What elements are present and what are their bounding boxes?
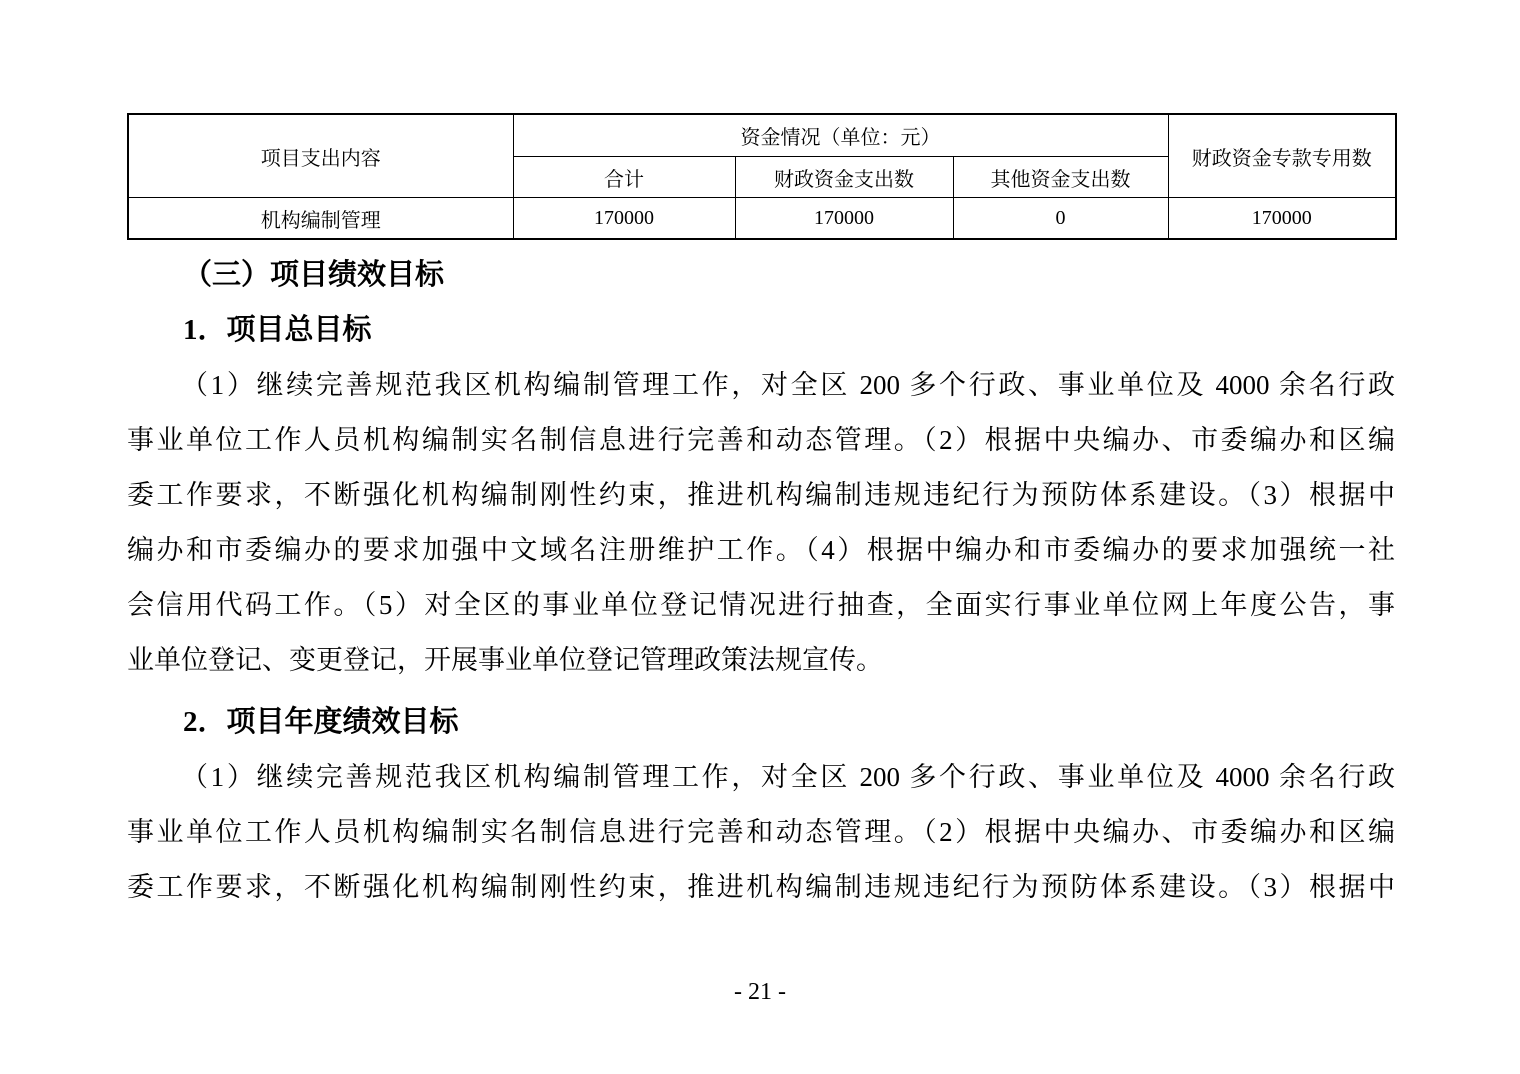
paragraph-line: （1）继续完善规范我区机构编制管理工作，对全区 200 多个行政、事业单位及 4… [127, 358, 1395, 413]
paragraph-line: 事业单位工作人员机构编制实名制信息进行完善和动态管理。（2）根据中央编办、市委编… [127, 805, 1395, 860]
paragraph-line: 编办和市委编办的要求加强中文域名注册维护工作。（4）根据中编办和市委编办的要求加… [127, 523, 1395, 578]
paragraph-2: （1）继续完善规范我区机构编制管理工作，对全区 200 多个行政、事业单位及 4… [127, 750, 1395, 915]
cell-total: 170000 [513, 198, 735, 240]
expenditure-table: 项目支出内容 资金情况（单位：元） 财政资金专款专用数 合计 财政资金支出数 其… [127, 113, 1397, 240]
cell-special: 170000 [1168, 198, 1396, 240]
section-heading: （三）项目绩效目标 [127, 248, 1395, 303]
sub-heading-2: 2．项目年度绩效目标 [127, 695, 1395, 750]
paragraph-line: 会信用代码工作。（5）对全区的事业单位登记情况进行抽查，全面实行事业单位网上年度… [127, 578, 1395, 633]
header-special-fund: 财政资金专款专用数 [1168, 114, 1396, 198]
paragraph-line: （1）继续完善规范我区机构编制管理工作，对全区 200 多个行政、事业单位及 4… [127, 750, 1395, 805]
table-header-row-1: 项目支出内容 资金情况（单位：元） 财政资金专款专用数 [128, 114, 1396, 157]
page-number: - 21 - [0, 965, 1520, 1020]
paragraph-1: （1）继续完善规范我区机构编制管理工作，对全区 200 多个行政、事业单位及 4… [127, 358, 1395, 688]
header-fiscal: 财政资金支出数 [735, 157, 953, 198]
paragraph-line: 业单位登记、变更登记，开展事业单位登记管理政策法规宣传。 [127, 633, 1395, 688]
sub-heading-1: 1．项目总目标 [127, 303, 1395, 358]
paragraph-line: 事业单位工作人员机构编制实名制信息进行完善和动态管理。（2）根据中央编办、市委编… [127, 413, 1395, 468]
page-content: 项目支出内容 资金情况（单位：元） 财政资金专款专用数 合计 财政资金支出数 其… [127, 113, 1395, 915]
header-total: 合计 [513, 157, 735, 198]
table-row: 机构编制管理 170000 170000 0 170000 [128, 198, 1396, 240]
header-other: 其他资金支出数 [953, 157, 1168, 198]
cell-fiscal: 170000 [735, 198, 953, 240]
cell-other: 0 [953, 198, 1168, 240]
document-page: 项目支出内容 资金情况（单位：元） 财政资金专款专用数 合计 财政资金支出数 其… [0, 0, 1520, 1074]
paragraph-line: 委工作要求，不断强化机构编制刚性约束，推进机构编制违规违纪行为预防体系建设。（3… [127, 860, 1395, 915]
header-project-content: 项目支出内容 [128, 114, 513, 198]
paragraph-line: 委工作要求，不断强化机构编制刚性约束，推进机构编制违规违纪行为预防体系建设。（3… [127, 468, 1395, 523]
header-fund-group: 资金情况（单位：元） [513, 114, 1168, 157]
cell-project-content: 机构编制管理 [128, 198, 513, 240]
